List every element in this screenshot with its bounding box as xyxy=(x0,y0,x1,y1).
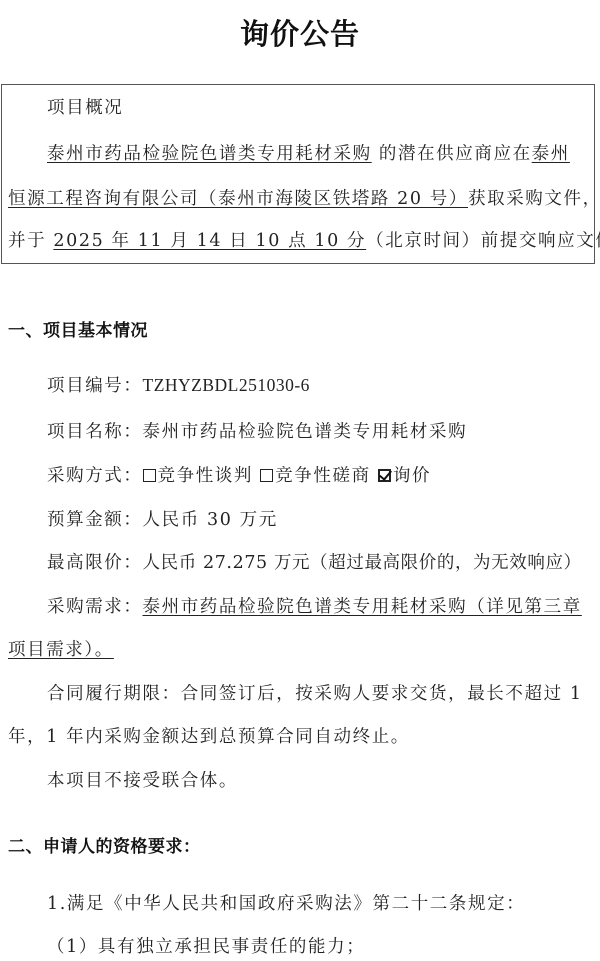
checkbox-unchecked-icon xyxy=(143,469,156,482)
contract-period-line-2: 年，1 年内采购金额达到总预算合同自动终止。 xyxy=(8,726,410,748)
method-label: 竞争性磋商 xyxy=(275,466,371,486)
method-option-inquiry: 询价 xyxy=(378,466,431,486)
agency-name-start: 泰州 xyxy=(532,144,570,164)
overview-line-3: 并于 2025 年 11 月 14 日 10 点 10 分（北京时间）前提交响应… xyxy=(8,230,600,252)
contract-period-line-1: 合同履行期限：合同签订后，按采购人要求交货，最长不超过 1 xyxy=(47,683,583,705)
submission-deadline: 2025 年 11 月 14 日 10 点 10 分 xyxy=(53,231,366,251)
max-price-value: 人民币 27.275 万元（超过最高限价的，为无效响应） xyxy=(143,553,582,573)
method-option-consultation: 竞争性磋商 xyxy=(260,466,371,486)
project-name-label: 项目名称： xyxy=(47,422,143,442)
requirement-row-cont: 项目需求）。 xyxy=(8,639,114,661)
project-number-label: 项目编号： xyxy=(47,376,143,396)
overview-line-2: 恒源工程咨询有限公司（泰州市海陵区铁塔路 20 号）获取采购文件， xyxy=(8,188,600,210)
method-option-negotiation: 竞争性谈判 xyxy=(143,466,254,486)
requirement-row: 采购需求：泰州市药品检验院色谱类专用耗材采购（详见第三章 xyxy=(47,596,582,618)
method-label: 竞争性谈判 xyxy=(158,466,254,486)
procurement-method-row: 采购方式：竞争性谈判 竞争性磋商 询价 xyxy=(47,465,431,487)
requirement-value-cont: 项目需求）。 xyxy=(8,640,114,660)
checkbox-checked-icon xyxy=(378,469,391,482)
overview-heading: 项目概况 xyxy=(47,97,123,119)
agency-name-address: 恒源工程咨询有限公司（泰州市海陵区铁塔路 20 号） xyxy=(8,189,468,209)
budget-label: 预算金额： xyxy=(47,510,143,530)
requirement-value: 泰州市药品检验院色谱类专用耗材采购（详见第三章 xyxy=(143,597,582,617)
page-title: 询价公告 xyxy=(0,12,600,53)
budget-value: 人民币 30 万元 xyxy=(143,510,278,530)
project-name-row: 项目名称：泰州市药品检验院色谱类专用耗材采购 xyxy=(47,421,467,443)
procurement-method-label: 采购方式： xyxy=(47,466,143,486)
project-number-value: TZHYZBDL251030-6 xyxy=(143,375,310,395)
consortium-note: 本项目不接受联合体。 xyxy=(47,770,238,792)
project-name-value: 泰州市药品检验院色谱类专用耗材采购 xyxy=(143,422,468,442)
budget-row: 预算金额：人民币 30 万元 xyxy=(47,509,278,531)
section-1-heading: 一、项目基本情况 xyxy=(8,316,148,341)
overview-text: （北京时间）前提交响应文件。 xyxy=(366,231,600,251)
project-number-row: 项目编号：TZHYZBDL251030-6 xyxy=(47,374,310,397)
project-name-link: 泰州市药品检验院色谱类专用耗材采购 xyxy=(47,144,372,164)
max-price-row: 最高限价：人民币 27.275 万元（超过最高限价的，为无效响应） xyxy=(47,552,582,574)
checkbox-unchecked-icon xyxy=(260,469,273,482)
qualification-item-1: 1.满足《中华人民共和国政府采购法》第二十二条规定： xyxy=(47,893,525,915)
method-label: 询价 xyxy=(393,466,431,486)
section-2-heading: 二、申请人的资格要求： xyxy=(8,832,201,857)
overview-text: 并于 xyxy=(8,231,53,251)
overview-line-1: 泰州市药品检验院色谱类专用耗材采购 的潜在供应商应在泰州 xyxy=(47,143,570,165)
overview-text: 获取采购文件， xyxy=(468,189,600,209)
overview-text: 的潜在供应商应在 xyxy=(372,144,532,164)
qualification-item-1-sub-1: （1）具有独立承担民事责任的能力； xyxy=(47,936,365,958)
max-price-label: 最高限价： xyxy=(47,553,143,573)
requirement-label: 采购需求： xyxy=(47,597,143,617)
